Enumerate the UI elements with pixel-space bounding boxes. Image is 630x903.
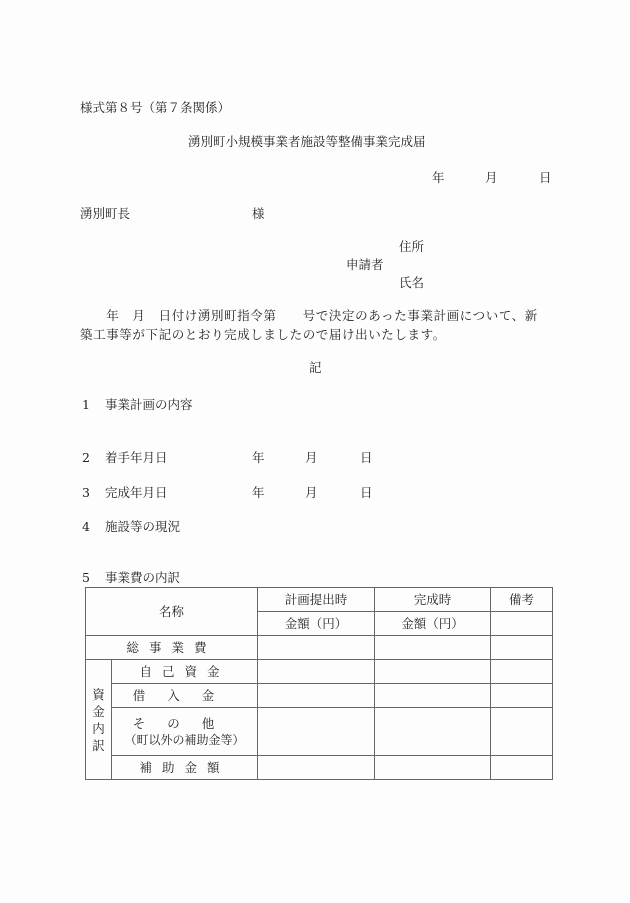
- addressee-name: 湧別町長: [80, 206, 130, 222]
- row-label: その他: [112, 716, 257, 732]
- complete-cell[interactable]: [375, 756, 491, 780]
- item-label: 完成年月日: [105, 485, 168, 501]
- row-label: 補助金額: [112, 756, 258, 780]
- remarks-cell[interactable]: [491, 660, 553, 684]
- remarks-cell[interactable]: [491, 708, 553, 756]
- group-label-cell: 資金内訳: [86, 660, 112, 780]
- table-row-total: 総事業費: [86, 636, 553, 660]
- start-day: 日: [360, 450, 373, 466]
- row-sublabel: （町以外の補助金等）: [112, 732, 257, 748]
- item-number: 3: [82, 485, 90, 501]
- remarks-cell[interactable]: [491, 756, 553, 780]
- cost-breakdown-table: 名称 計画提出時 完成時 備考 金額（円） 金額（円） 総事業費 資金内訳 自己…: [85, 587, 553, 780]
- group-label: 資金内訳: [92, 686, 106, 754]
- item-label: 事業計画の内容: [105, 397, 193, 413]
- item-label: 着手年月日: [105, 450, 168, 466]
- date-year: 年: [432, 170, 445, 186]
- table-row: 補助金額: [86, 756, 553, 780]
- item-number: 4: [82, 519, 90, 535]
- page-title: 湧別町小規模事業者施設等整備事業完成届: [188, 134, 426, 150]
- row-label-cell: その他 （町以外の補助金等）: [112, 708, 258, 756]
- complete-cell[interactable]: [375, 660, 491, 684]
- body-line-2: 築工事等が下記のとおり完成しましたので届け出いたします。: [80, 327, 446, 343]
- header-complete-amount: 金額（円）: [375, 612, 491, 636]
- header-plan: 計画提出時: [258, 588, 375, 612]
- start-year: 年: [252, 450, 265, 466]
- header-complete: 完成時: [375, 588, 491, 612]
- item-number: 1: [82, 397, 90, 413]
- body-line-1: 年 月 日付け湧別町指令第 号で決定のあった事業計画について、新: [80, 308, 538, 324]
- date-month: 月: [485, 170, 498, 186]
- complete-cell[interactable]: [375, 684, 491, 708]
- name-label: 氏名: [399, 275, 424, 291]
- form-number: 様式第８号（第７条関係）: [80, 100, 230, 116]
- table-row: 資金内訳 自己資金: [86, 660, 553, 684]
- total-complete-cell[interactable]: [375, 636, 491, 660]
- item-label: 事業費の内訳: [105, 570, 180, 586]
- header-plan-amount: 金額（円）: [258, 612, 375, 636]
- plan-cell[interactable]: [258, 708, 375, 756]
- complete-year: 年: [252, 485, 265, 501]
- plan-cell[interactable]: [258, 660, 375, 684]
- row-label: 自己資金: [112, 660, 258, 684]
- total-label: 総事業費: [86, 636, 258, 660]
- item-number: 2: [82, 450, 90, 466]
- ki-heading: 記: [309, 360, 322, 376]
- remarks-cell[interactable]: [491, 684, 553, 708]
- item-number: 5: [82, 570, 90, 586]
- date-day: 日: [539, 170, 552, 186]
- plan-cell[interactable]: [258, 756, 375, 780]
- start-month: 月: [305, 450, 318, 466]
- addressee-honorific: 様: [252, 206, 265, 222]
- total-plan-cell[interactable]: [258, 636, 375, 660]
- applicant-label: 申請者: [346, 257, 384, 273]
- row-label: 借入金: [112, 684, 258, 708]
- table-row: その他 （町以外の補助金等）: [86, 708, 553, 756]
- header-remarks-blank: [491, 612, 553, 636]
- table-row: 借入金: [86, 684, 553, 708]
- header-name: 名称: [86, 588, 258, 636]
- complete-day: 日: [360, 485, 373, 501]
- address-label: 住所: [399, 239, 424, 255]
- item-label: 施設等の現況: [105, 519, 180, 535]
- complete-cell[interactable]: [375, 708, 491, 756]
- complete-month: 月: [305, 485, 318, 501]
- total-remarks-cell[interactable]: [491, 636, 553, 660]
- plan-cell[interactable]: [258, 684, 375, 708]
- header-remarks: 備考: [491, 588, 553, 612]
